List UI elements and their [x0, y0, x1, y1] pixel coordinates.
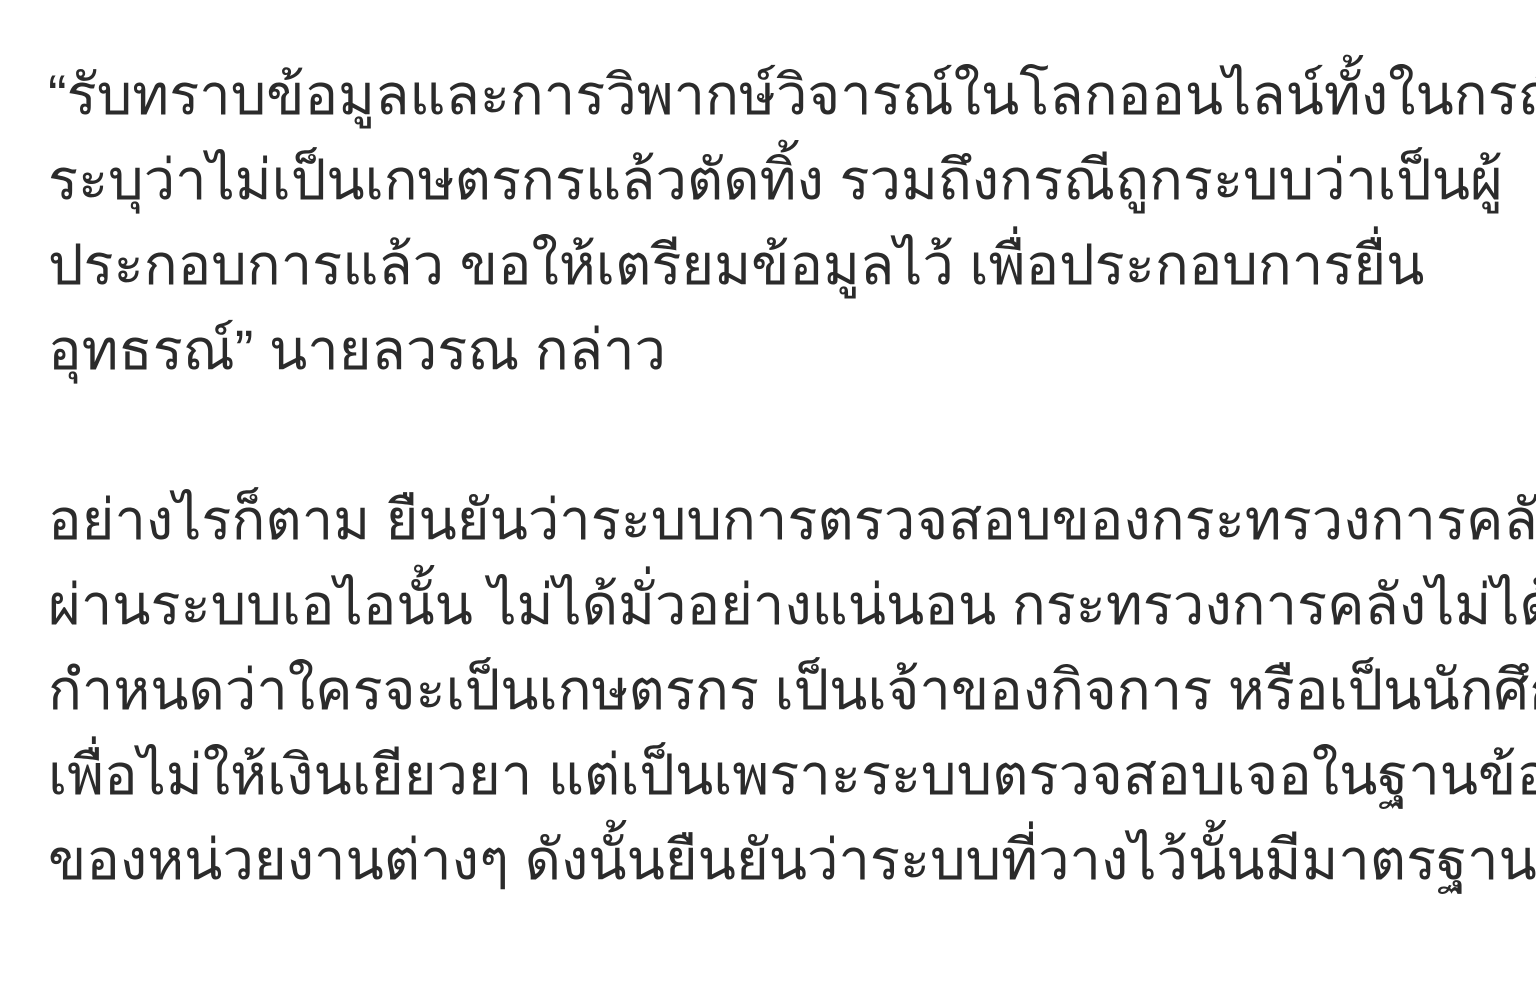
- article-text: “รับทราบข้อมูลและการวิพากษ์วิจารณ์ในโลกอ…: [0, 0, 1536, 942]
- text-line: กำหนดว่าใครจะเป็นเกษตรกร เป็นเจ้าของกิจก…: [48, 647, 1476, 732]
- text-line: ประกอบการแล้ว ขอให้เตรียมข้อมูลไว้ เพื่อ…: [48, 222, 1476, 307]
- quote-paragraph: “รับทราบข้อมูลและการวิพากษ์วิจารณ์ในโลกอ…: [48, 52, 1476, 392]
- text-line: อย่างไรก็ตาม ยืนยันว่าระบบการตรวจสอบของก…: [48, 477, 1476, 562]
- text-line: ผ่านระบบเอไอนั้น ไม่ได้มั่วอย่างแน่นอน ก…: [48, 562, 1476, 647]
- text-line: “รับทราบข้อมูลและการวิพากษ์วิจารณ์ในโลกอ…: [48, 52, 1476, 137]
- text-line: อุทธรณ์” นายลวรณ กล่าว: [48, 307, 1476, 392]
- body-paragraph: อย่างไรก็ตาม ยืนยันว่าระบบการตรวจสอบของก…: [48, 477, 1476, 902]
- text-line: ของหน่วยงานต่างๆ ดังนั้นยืนยันว่าระบบที่…: [48, 817, 1476, 902]
- text-line: เพื่อไม่ให้เงินเยียวยา แต่เป็นเพราะระบบต…: [48, 732, 1476, 817]
- text-line: ระบุว่าไม่เป็นเกษตรกรแล้วตัดทิ้ง รวมถึงก…: [48, 137, 1476, 222]
